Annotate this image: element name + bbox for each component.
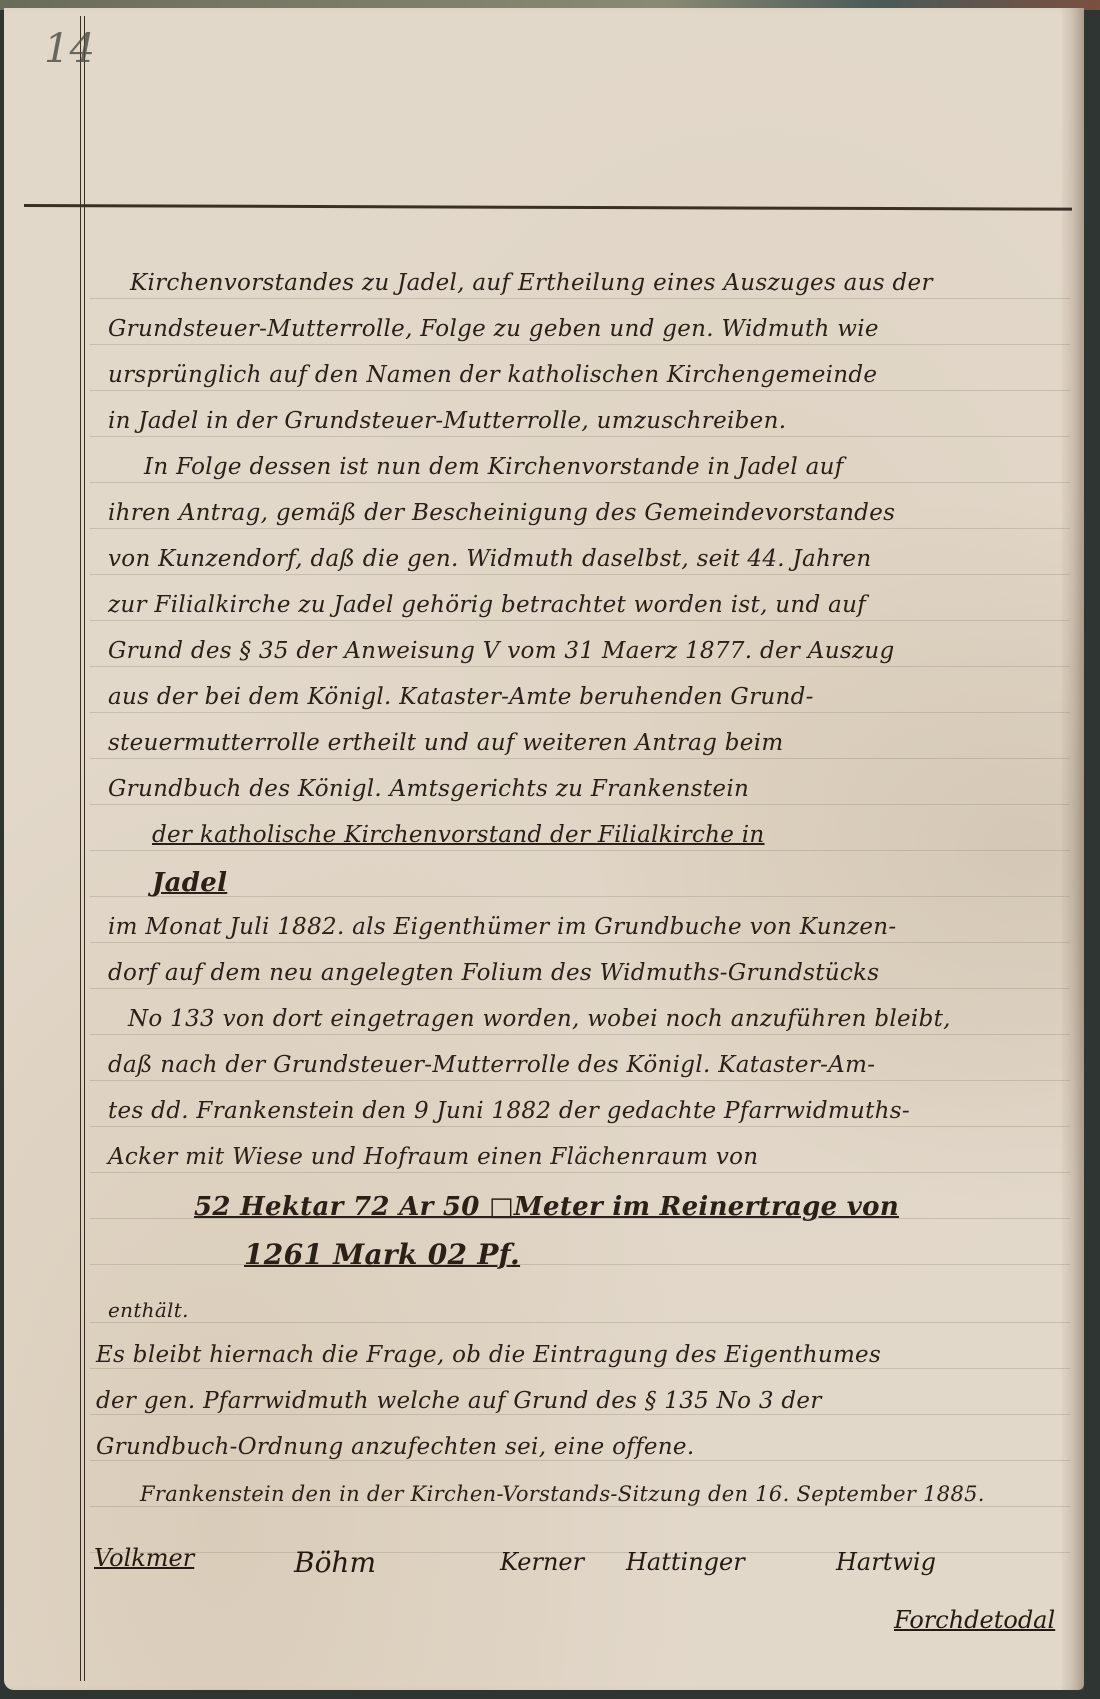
ruled-line [90, 436, 1070, 437]
text-line-area-value: 52 Hektar 72 Ar 50 □Meter im Reinertrage… [194, 1192, 899, 1222]
ruled-line [90, 1126, 1070, 1127]
signature: Volkmer [94, 1544, 194, 1572]
margin-rule-inner [84, 16, 85, 1681]
ruled-line [90, 574, 1070, 575]
text-line: von Kunzendorf, daß die gen. Widmuth das… [108, 546, 871, 572]
signature: Forchdetodal [894, 1606, 1055, 1634]
text-line: enthält. [108, 1298, 189, 1322]
ruled-line [90, 344, 1070, 345]
ruled-line [90, 896, 1070, 897]
header-rule [24, 204, 1072, 211]
text-line-date: Frankenstein den in der Kirchen-Vorstand… [140, 1482, 985, 1506]
page-gutter-shadow [1062, 8, 1084, 1690]
ruled-line [90, 1264, 1070, 1265]
text-line: dorf auf dem neu angelegten Folium des W… [108, 960, 879, 986]
ruled-line [90, 1172, 1070, 1173]
signature: Böhm [294, 1546, 376, 1579]
ruled-line [90, 620, 1070, 621]
text-line: zur Filialkirche zu Jadel gehörig betrac… [108, 592, 866, 618]
ruled-line [90, 1368, 1070, 1369]
text-line: Grund des § 35 der Anweisung V vom 31 Ma… [108, 638, 894, 664]
ruled-line [90, 666, 1070, 667]
text-line: Kirchenvorstandes zu Jadel, auf Ertheilu… [130, 270, 933, 296]
ruled-line [90, 1414, 1070, 1415]
ruled-line [90, 942, 1070, 943]
text-line: Grundsteuer-Mutterrolle, Folge zu geben … [108, 316, 879, 342]
ruled-line [90, 804, 1070, 805]
ruled-line [90, 1322, 1070, 1323]
ruled-line [90, 758, 1070, 759]
text-line-yield-value: 1261 Mark 02 Pf. [244, 1238, 520, 1271]
ruled-line [90, 988, 1070, 989]
signature: Hattinger [626, 1548, 745, 1576]
text-line: Es bleibt hiernach die Frage, ob die Ein… [96, 1342, 881, 1368]
ruled-line [90, 1460, 1070, 1461]
text-line: im Monat Juli 1882. als Eigenthümer im G… [108, 914, 896, 940]
ruled-line [90, 1080, 1070, 1081]
text-line: ihren Antrag, gemäß der Bescheinigung de… [108, 500, 895, 526]
ruled-line [90, 390, 1070, 391]
signature: Hartwig [836, 1548, 936, 1576]
text-line: der gen. Pfarrwidmuth welche auf Grund d… [96, 1388, 822, 1414]
text-line: daß nach der Grundsteuer-Mutterrolle des… [108, 1052, 875, 1078]
text-line-parcel-number: No 133 von dort eingetragen worden, wobe… [128, 1006, 951, 1032]
text-line: steuermutterrolle ertheilt und auf weite… [108, 730, 783, 756]
text-line: tes dd. Frankenstein den 9 Juni 1882 der… [108, 1098, 910, 1124]
text-line: aus der bei dem Königl. Kataster-Amte be… [108, 684, 814, 710]
page-number: 14 [44, 26, 95, 72]
ruled-line [90, 850, 1070, 851]
text-line: in Jadel in der Grundsteuer-Mutterrolle,… [108, 408, 786, 434]
text-line-underlined: Jadel [152, 868, 227, 898]
margin-rule [80, 16, 81, 1681]
document-page: 14 Kirchenvorstandes zu Jadel, auf Erthe… [4, 8, 1084, 1690]
ruled-line [90, 482, 1070, 483]
signature: Kerner [500, 1548, 584, 1576]
ruled-line [90, 1506, 1070, 1507]
text-line: ursprünglich auf den Namen der katholisc… [108, 362, 877, 388]
text-line-underlined: der katholische Kirchenvorstand der Fili… [152, 822, 765, 848]
text-line: Grundbuch-Ordnung anzufechten sei, eine … [96, 1434, 694, 1460]
text-line: In Folge dessen ist nun dem Kirchenvorst… [144, 454, 844, 480]
ruled-line [90, 528, 1070, 529]
text-line: Grundbuch des Königl. Amtsgerichts zu Fr… [108, 776, 749, 802]
ruled-line [90, 1034, 1070, 1035]
ruled-line [90, 712, 1070, 713]
text-line: Acker mit Wiese und Hofraum einen Fläche… [108, 1144, 758, 1170]
ruled-line [90, 298, 1070, 299]
